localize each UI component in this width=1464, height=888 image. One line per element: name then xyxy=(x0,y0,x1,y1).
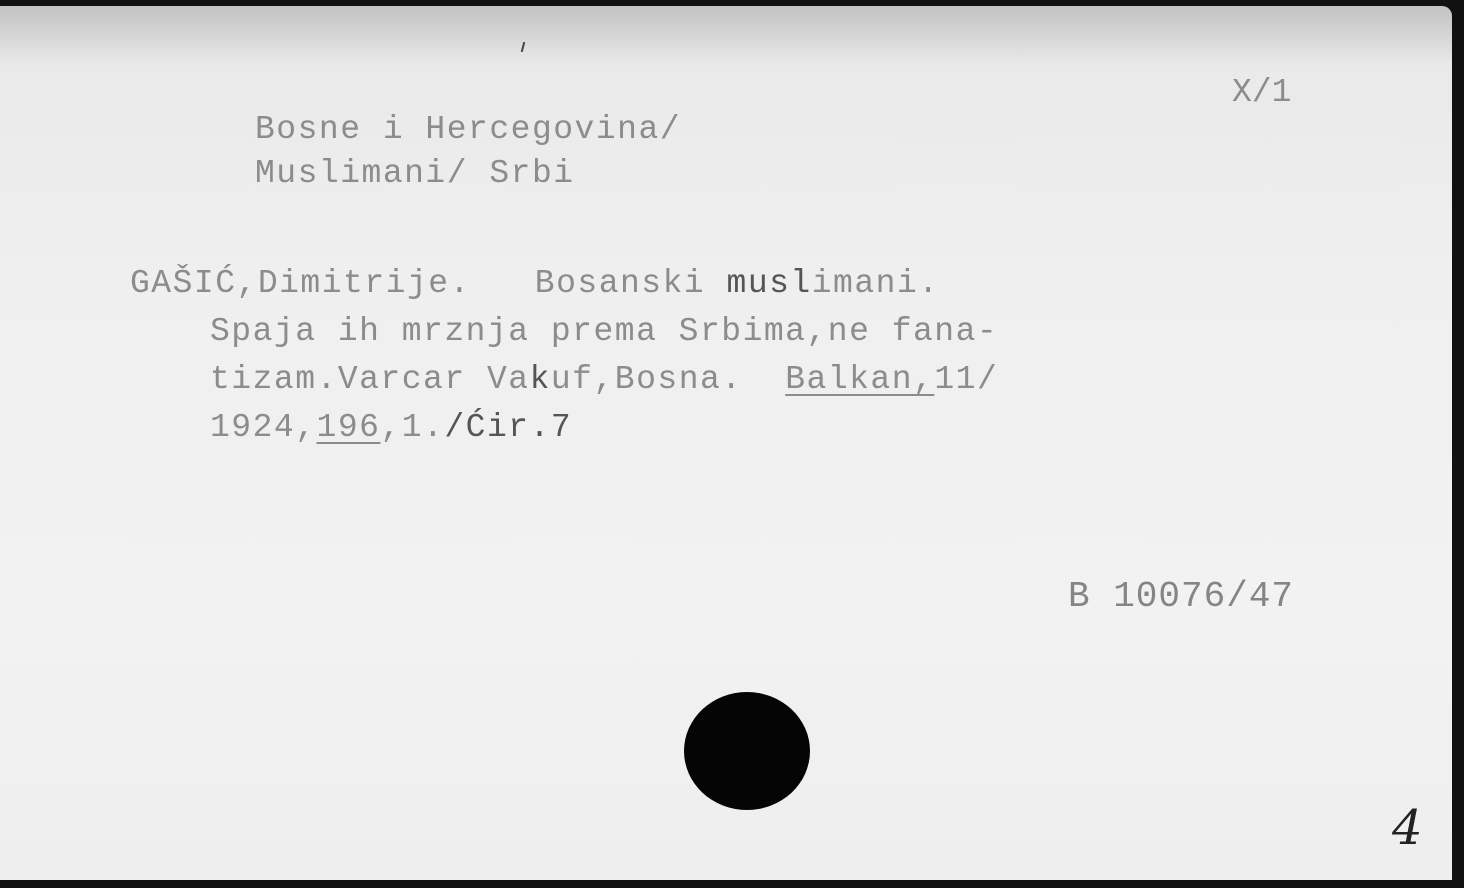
year: 1924, xyxy=(210,409,317,446)
entry-line-3: tizam.Varcar Vakuf,Bosna. Balkan,11/ xyxy=(210,360,998,400)
pages: 196 xyxy=(317,409,381,446)
place-part2: uf,Bosna. xyxy=(551,361,785,398)
entry-line-4: 1924,196,1./Ćir.7 xyxy=(210,408,572,448)
title-part1: Bosanski xyxy=(535,265,727,302)
catalog-card: Bosne i Hercegovina/ Muslimani/ Srbi X/1… xyxy=(0,6,1452,880)
entry-line-1: GAŠIĆ,Dimitrije. Bosanski muslimani. xyxy=(130,264,940,304)
ink-speck xyxy=(521,42,526,52)
script-note: /Ćir.7 xyxy=(444,409,572,446)
volume: 11/ xyxy=(934,361,998,398)
entry-line-2: Spaja ih mrznja prema Srbima,ne fana- xyxy=(210,312,998,352)
call-number-bottom: B 10076/47 xyxy=(1068,576,1294,617)
place-part1: tizam.Varcar Va xyxy=(210,361,530,398)
leaf: ,1. xyxy=(380,409,444,446)
handwritten-number: 4 xyxy=(1392,800,1423,856)
author-name: GAŠIĆ,Dimitrije. xyxy=(130,265,471,302)
title-part2: imani. xyxy=(812,265,940,302)
subject-heading-line2: Muslimani/ Srbi xyxy=(255,154,575,194)
title-emphasis: musl xyxy=(727,265,812,302)
call-number-top: X/1 xyxy=(1232,74,1291,111)
punch-hole xyxy=(684,692,810,810)
journal-title: Balkan, xyxy=(785,361,934,398)
subject-heading-line1: Bosne i Hercegovina/ xyxy=(255,110,681,150)
place-emphasis: k xyxy=(530,361,551,398)
